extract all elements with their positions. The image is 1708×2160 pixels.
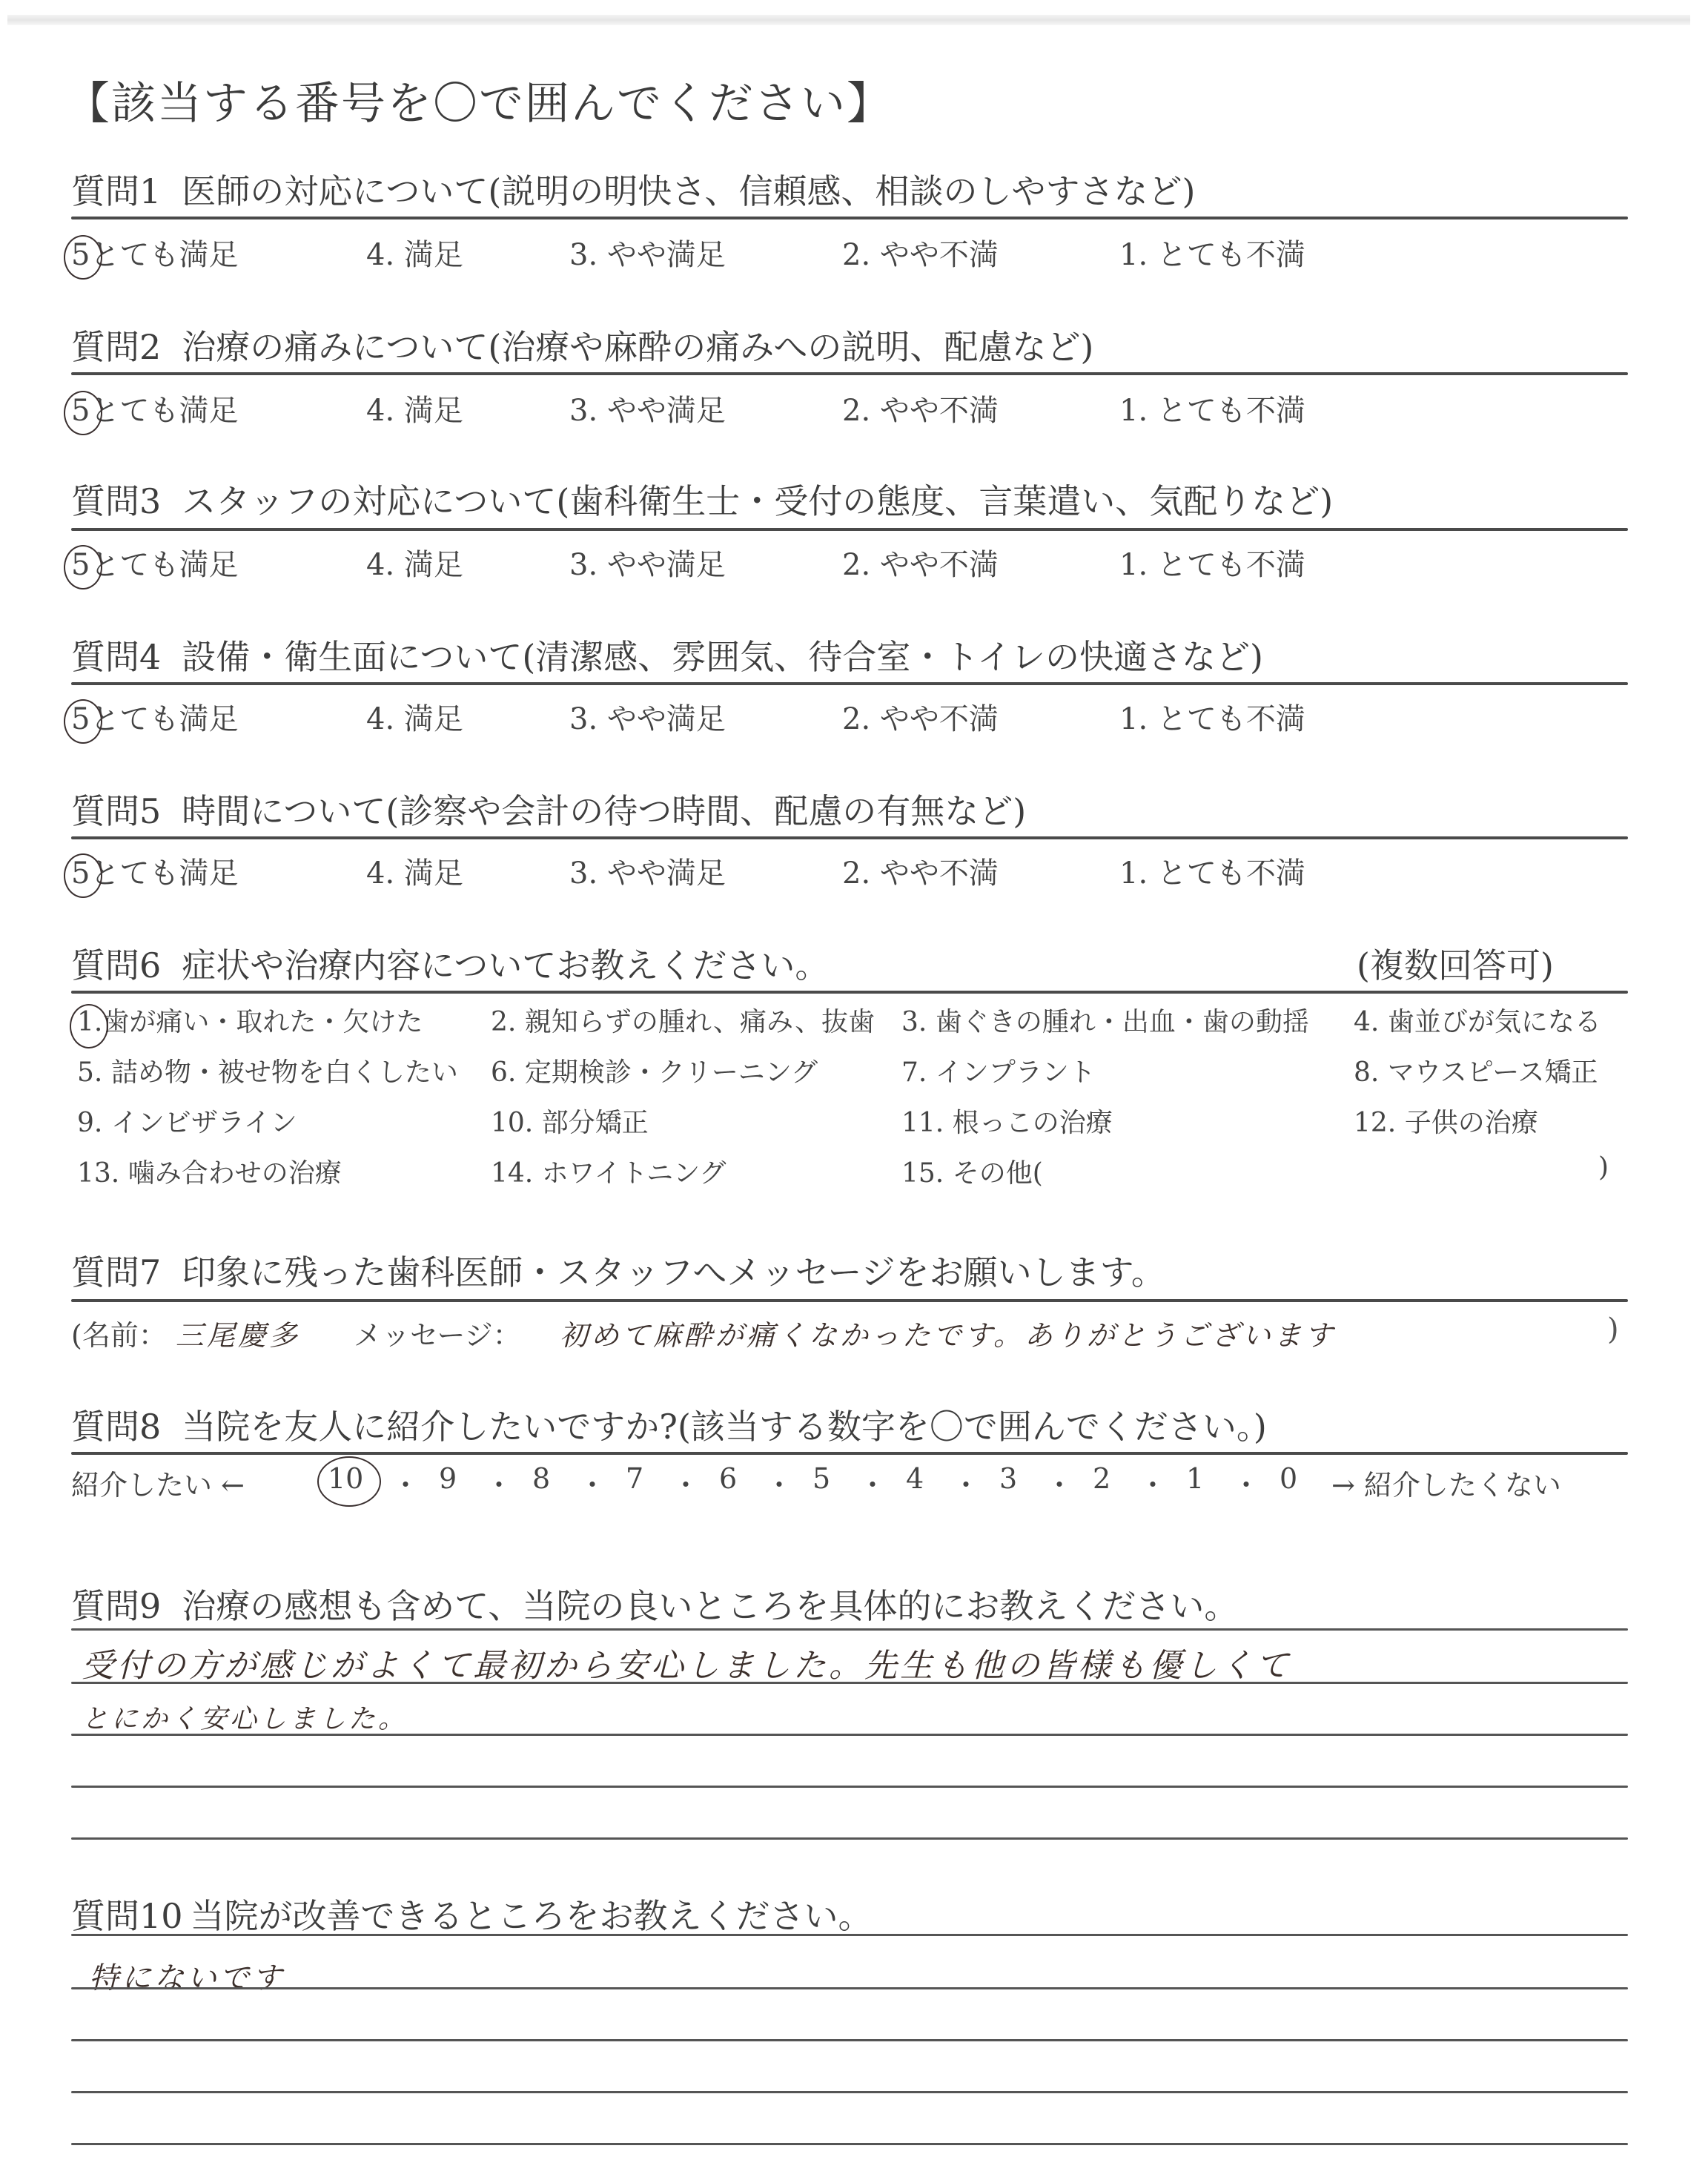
message-close-paren: ) (1607, 1312, 1619, 1347)
question-number: 質問6 (71, 945, 161, 985)
divider (71, 1452, 1628, 1455)
option-2[interactable]: 2. やや不満 (842, 541, 999, 584)
question-number: 質問8 (71, 1407, 161, 1447)
symptom-13[interactable]: 13. 噛み合わせの治療 (77, 1152, 342, 1190)
question-number: 質問10 (71, 1896, 183, 1936)
message-label: メッセージ： (354, 1319, 521, 1352)
question-number: 質問3 (71, 481, 161, 521)
selection-circle (64, 235, 102, 280)
question-number: 質問4 (71, 637, 161, 677)
divider (71, 528, 1628, 531)
question-text: 医師の対応について(説明の明快さ、信頼感、相談のしやすさなど) (182, 171, 1195, 211)
answer-rule (71, 1987, 1628, 1989)
symptom-9[interactable]: 9. インビザライン (77, 1102, 297, 1140)
symptom-10[interactable]: 10. 部分矯正 (491, 1102, 649, 1140)
divider (71, 836, 1628, 839)
symptom-15-other[interactable]: 15. その他( (901, 1152, 1043, 1190)
question-text: 治療の痛みについて(治療や麻酔の痛みへの説明、配慮など) (182, 327, 1093, 367)
question-text: 治療の感想も含めて、当院の良いところを具体的にお教えください。 (182, 1586, 1238, 1626)
name-label: (名前： (71, 1319, 167, 1352)
scale-10-selected[interactable]: 10 (328, 1462, 363, 1495)
symptom-3[interactable]: 3. 歯ぐきの腫れ・出血・歯の動揺 (901, 1001, 1309, 1039)
scale-6[interactable]: 6 (719, 1462, 737, 1495)
scale-9[interactable]: 9 (439, 1462, 457, 1495)
divider (71, 682, 1628, 685)
option-4[interactable]: 4. 満足 (366, 850, 463, 892)
message-row: (名前： 三尾慶多 メッセージ： 初めて麻酔が痛くなかったです。ありがとうござい… (71, 1312, 1336, 1353)
answer-line-1[interactable]: 特にないです (89, 1955, 285, 1997)
question-text: スタッフの対応について(歯科衛生士・受付の態度、言葉遣い、気配りなど) (182, 481, 1333, 521)
option-3[interactable]: 3. やや満足 (569, 387, 726, 429)
question-number: 質問7 (71, 1252, 161, 1292)
question-text: 当院を友人に紹介したいですか?(該当する数字を〇で囲んでください。) (182, 1407, 1267, 1447)
answer-rule (71, 2091, 1628, 2093)
scale-left-label: 紹介したい ← (71, 1462, 245, 1503)
scale-3[interactable]: 3 (999, 1462, 1017, 1495)
option-1[interactable]: 1. とても不満 (1119, 850, 1305, 892)
symptom-7[interactable]: 7. インプラント (901, 1051, 1096, 1089)
question-number: 質問1 (71, 171, 161, 211)
scale-7[interactable]: 7 (626, 1462, 643, 1495)
scale-1[interactable]: 1 (1186, 1462, 1204, 1495)
symptom-5[interactable]: 5. 詰め物・被せ物を白くしたい (77, 1051, 458, 1089)
answer-rule (71, 2143, 1628, 2145)
answer-rule (71, 1628, 1628, 1631)
selection-circle (64, 853, 102, 898)
option-2[interactable]: 2. やや不満 (842, 231, 999, 274)
option-5-selected[interactable]: 5とても満足 (71, 541, 238, 584)
divider (71, 1299, 1628, 1302)
scale-8[interactable]: 8 (532, 1462, 550, 1495)
option-5-selected[interactable]: 5とても満足 (71, 850, 238, 892)
scale-2[interactable]: 2 (1093, 1462, 1110, 1495)
option-4[interactable]: 4. 満足 (366, 231, 463, 274)
option-4[interactable]: 4. 満足 (366, 387, 463, 429)
answer-line-1[interactable]: 受付の方が感じがよくて最初から安心しました。先生も他の皆様も優しくて (82, 1639, 1291, 1686)
option-1[interactable]: 1. とても不満 (1119, 696, 1305, 738)
option-2[interactable]: 2. やや不満 (842, 387, 999, 429)
option-1[interactable]: 1. とても不満 (1119, 231, 1305, 274)
scale-5[interactable]: 5 (812, 1462, 830, 1495)
question-number: 質問5 (71, 791, 161, 831)
symptom-8[interactable]: 8. マウスピース矯正 (1354, 1051, 1598, 1089)
scale-right-label: → 紹介したくない (1331, 1462, 1561, 1503)
question-text: 印象に残った歯科医師・スタッフへメッセージをお願いします。 (182, 1252, 1165, 1292)
answer-rule (71, 1934, 1628, 1936)
question-text: 症状や治療内容についてお教えください。 (182, 945, 829, 985)
symptom-4[interactable]: 4. 歯並びが気になる (1354, 1001, 1601, 1039)
symptom-6[interactable]: 6. 定期検診・クリーニング (491, 1051, 818, 1089)
question-text: 当院が改善できるところをお教えください。 (191, 1896, 873, 1936)
divider (71, 991, 1628, 994)
answer-rule (71, 1682, 1628, 1684)
answer-rule (71, 2039, 1628, 2041)
selection-circle (317, 1456, 381, 1507)
option-1[interactable]: 1. とても不満 (1119, 541, 1305, 584)
selection-circle (64, 545, 102, 589)
answer-rule (71, 1837, 1628, 1840)
symptom-1-selected[interactable]: 1.歯が痛い・取れた・欠けた (77, 1001, 423, 1039)
answer-rule (71, 1734, 1628, 1736)
option-4[interactable]: 4. 満足 (366, 541, 463, 584)
question-number: 質問9 (71, 1586, 161, 1626)
option-3[interactable]: 3. やや満足 (569, 541, 726, 584)
divider (71, 217, 1628, 219)
option-5-selected[interactable]: 5とても満足 (71, 231, 238, 274)
option-3[interactable]: 3. やや満足 (569, 696, 726, 738)
option-1[interactable]: 1. とても不満 (1119, 387, 1305, 429)
symptom-2[interactable]: 2. 親知らずの腫れ、痛み、抜歯 (491, 1001, 875, 1039)
instruction-heading: 【該当する番号を〇で囲んでください】 (65, 68, 893, 132)
question-number: 質問2 (71, 327, 161, 367)
selection-circle (64, 391, 102, 435)
selection-circle (64, 699, 102, 744)
answer-line-2[interactable]: とにかく安心しました。 (82, 1698, 408, 1736)
option-5-selected[interactable]: 5とても満足 (71, 696, 238, 738)
symptom-12[interactable]: 12. 子供の治療 (1354, 1102, 1538, 1140)
option-4[interactable]: 4. 満足 (366, 696, 463, 738)
option-3[interactable]: 3. やや満足 (569, 850, 726, 892)
option-2[interactable]: 2. やや不満 (842, 850, 999, 892)
name-field[interactable]: 三尾慶多 (176, 1319, 300, 1352)
recommend-scale: 紹介したい ← 10 ・ 9 ・ 8 ・ 7 ・ 6 ・ 5 ・ 4 ・ 3 ・… (71, 1462, 1643, 1507)
divider (71, 372, 1628, 375)
selection-circle (70, 1004, 108, 1048)
scale-0[interactable]: 0 (1280, 1462, 1297, 1495)
option-2[interactable]: 2. やや不満 (842, 696, 999, 738)
multiple-answers-note: (複数回答可) (1357, 939, 1554, 988)
option-3[interactable]: 3. やや満足 (569, 231, 726, 274)
other-close-paren: ) (1598, 1152, 1609, 1183)
answer-rule (71, 1786, 1628, 1788)
scale-4[interactable]: 4 (906, 1462, 924, 1495)
question-text: 設備・衛生面について(清潔感、雰囲気、待合室・トイレの快適さなど) (182, 637, 1263, 677)
symptom-11[interactable]: 11. 根っこの治療 (901, 1102, 1113, 1140)
scan-edge (7, 15, 1690, 25)
question-text: 時間について(診察や会計の待つ時間、配慮の有無など) (182, 791, 1026, 831)
symptom-14[interactable]: 14. ホワイトニング (491, 1152, 726, 1190)
message-field[interactable]: 初めて麻酔が痛くなかったです。ありがとうございます (560, 1319, 1336, 1352)
option-5-selected[interactable]: 5とても満足 (71, 387, 238, 429)
